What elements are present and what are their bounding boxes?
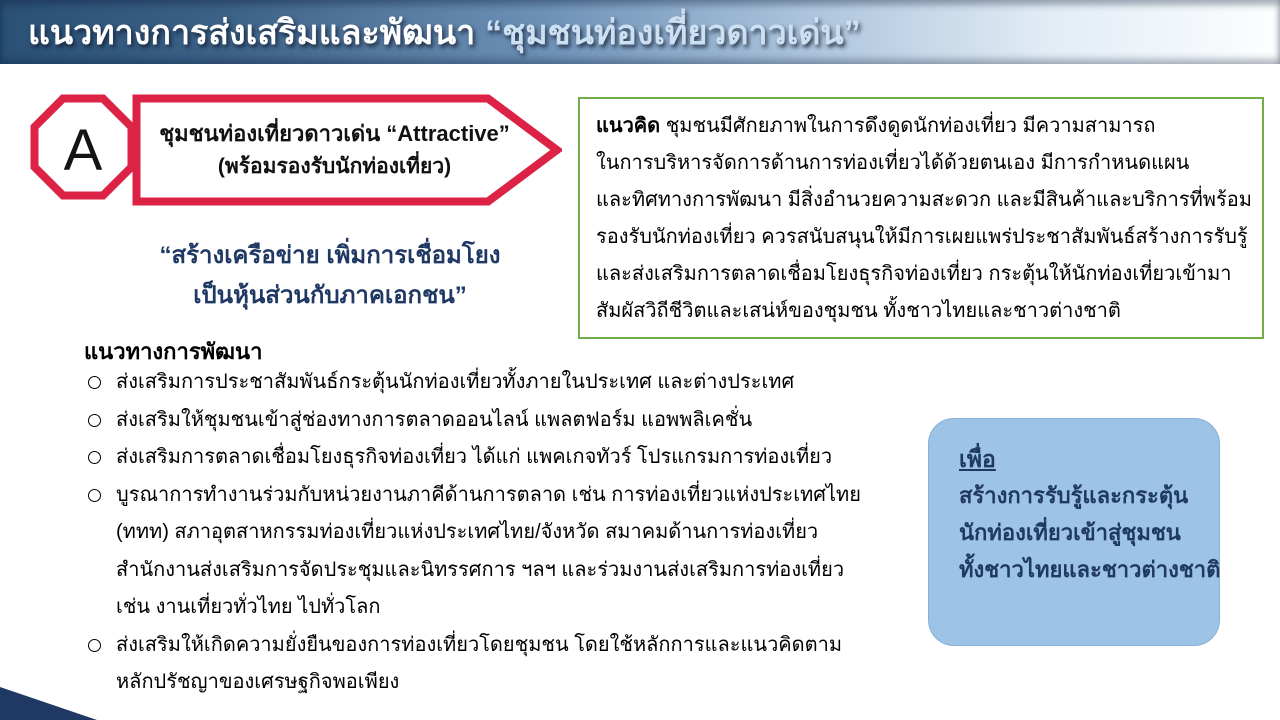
slide: แนวทางการส่งเสริมและพัฒนา“ชุมชนท่องเที่ย… bbox=[0, 0, 1280, 720]
list-item: ส่งเสริมให้ชุมชนเข้าสู่ช่องทางการตลาดออน… bbox=[88, 402, 918, 440]
circle-bullet-icon bbox=[88, 489, 101, 502]
purpose-box: เพื่อ สร้างการรับรู้และกระตุ้น นักท่องเท… bbox=[928, 418, 1220, 646]
quote-line1: “สร้างเครือข่าย เพิ่มการเชื่อมโยง bbox=[105, 236, 555, 276]
list-item: ส่งเสริมการประชาสัมพันธ์กระตุ้นนักท่องเท… bbox=[88, 364, 918, 402]
concept-line: แนวคิด ชุมชนมีศักยภาพในการดึงดูดนักท่องเ… bbox=[596, 108, 1246, 145]
page-title-prefix: แนวทางการส่งเสริมและพัฒนา bbox=[28, 14, 475, 52]
network-quote: “สร้างเครือข่าย เพิ่มการเชื่อมโยง เป็นหุ… bbox=[105, 236, 555, 316]
bullet-text: ส่งเสริมการประชาสัมพันธ์กระตุ้นนักท่องเท… bbox=[116, 364, 794, 402]
concept-line: สัมผัสวิถีชีวิตและเสน่ห์ของชุมชน ทั้งชาว… bbox=[596, 293, 1246, 330]
concept-line: และทิศทางการพัฒนา มีสิ่งอำนวยความสะดวก แ… bbox=[596, 182, 1246, 219]
purpose-line: นักท่องเที่ยวเข้าสู่ชุมชน bbox=[959, 514, 1189, 551]
concept-line: และส่งเสริมการตลาดเชื่อมโยงธุรกิจท่องเที… bbox=[596, 256, 1246, 293]
purpose-line: สร้างการรับรู้และกระตุ้น bbox=[959, 477, 1189, 514]
circle-bullet-icon bbox=[88, 639, 101, 652]
corner-triangle-decoration bbox=[0, 687, 97, 720]
bullet-text: บูรณาการทำงานร่วมกับหน่วยงานภาคีด้านการต… bbox=[116, 477, 861, 515]
octagon-badge: A bbox=[30, 94, 136, 200]
banner-line2: (พร้อมรองรับนักท่องเที่ยว) bbox=[218, 151, 451, 183]
concept-label: แนวคิด bbox=[596, 115, 660, 137]
list-item: บูรณาการทำงานร่วมกับหน่วยงานภาคีด้านการต… bbox=[88, 477, 918, 627]
circle-bullet-icon bbox=[88, 376, 101, 389]
page-title: แนวทางการส่งเสริมและพัฒนา“ชุมชนท่องเที่ย… bbox=[28, 5, 861, 59]
concept-line: ในการบริหารจัดการด้านการท่องเที่ยวได้ด้ว… bbox=[596, 145, 1246, 182]
concept-line1-text: ชุมชนมีศักยภาพในการดึงดูดนักท่องเที่ยว ม… bbox=[666, 115, 1156, 137]
badge-letter: A bbox=[30, 94, 136, 200]
circle-bullet-icon bbox=[88, 451, 101, 464]
list-item: ส่งเสริมให้เกิดความยั่งยืนของการท่องเที่… bbox=[88, 627, 918, 702]
bullet-text: หลักปรัชญาของเศรษฐกิจพอเพียง bbox=[116, 664, 842, 702]
bullet-text: เช่น งานเที่ยวทั่วไทย ไปทั่วโลก bbox=[116, 589, 861, 627]
quote-line2: เป็นหุ้นส่วนกับภาคเอกชน” bbox=[105, 276, 555, 316]
purpose-heading: เพื่อ bbox=[959, 441, 1189, 477]
banner-line1: ชุมชนท่องเที่ยวดาวเด่น “Attractive” bbox=[159, 117, 510, 151]
bullet-text: สำนักงานส่งเสริมการจัดประชุมและนิทรรศการ… bbox=[116, 552, 861, 590]
concept-line: รองรับนักท่องเที่ยว ควรสนับสนุนให้มีการเ… bbox=[596, 219, 1246, 256]
bullet-text: (ททท) สภาอุตสาหกรรมท่องเที่ยวแห่งประเทศไ… bbox=[116, 514, 861, 552]
bullet-text: ส่งเสริมให้ชุมชนเข้าสู่ช่องทางการตลาดออน… bbox=[116, 402, 752, 440]
purpose-line: ทั้งชาวไทยและชาวต่างชาติ bbox=[959, 551, 1189, 588]
header-bar: แนวทางการส่งเสริมและพัฒนา“ชุมชนท่องเที่ย… bbox=[0, 0, 1280, 64]
arrow-banner: ชุมชนท่องเที่ยวดาวเด่น “Attractive” (พร้… bbox=[132, 94, 562, 206]
bullet-text: ส่งเสริมให้เกิดความยั่งยืนของการท่องเที่… bbox=[116, 627, 842, 665]
page-title-quoted: “ชุมชนท่องเที่ยวดาวเด่น” bbox=[485, 14, 861, 52]
development-bullet-list: ส่งเสริมการประชาสัมพันธ์กระตุ้นนักท่องเท… bbox=[88, 364, 918, 702]
banner-text: ชุมชนท่องเที่ยวดาวเด่น “Attractive” (พร้… bbox=[147, 94, 522, 206]
circle-bullet-icon bbox=[88, 414, 101, 427]
list-item: ส่งเสริมการตลาดเชื่อมโยงธุรกิจท่องเที่ยว… bbox=[88, 439, 918, 477]
bullet-text: ส่งเสริมการตลาดเชื่อมโยงธุรกิจท่องเที่ยว… bbox=[116, 439, 832, 477]
concept-box: แนวคิด ชุมชนมีศักยภาพในการดึงดูดนักท่องเ… bbox=[578, 97, 1264, 339]
